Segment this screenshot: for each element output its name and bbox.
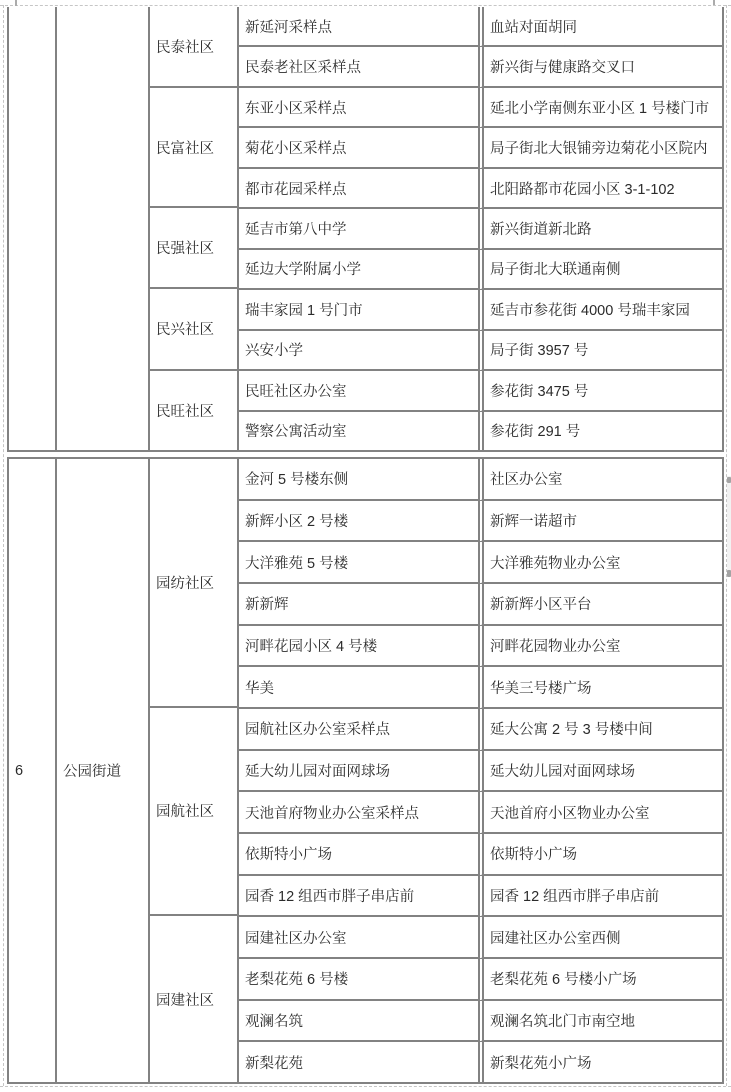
column-sampling-point: 新延河采样点 民泰老社区采样点 东亚小区采样点 菊花小区采样点 都市花园采样点 … (239, 7, 478, 450)
scrollbar-thumb[interactable] (727, 477, 731, 483)
address-cell: 延吉市参花街 4000 号瑞丰家园 (478, 290, 722, 330)
point-cell: 瑞丰家园 1 号门市 (239, 290, 478, 330)
scrollbar-thumb[interactable] (727, 570, 731, 577)
address-cell: 延北小学南侧东亚小区 1 号楼门市 (478, 88, 722, 128)
point-cell: 园建社区办公室 (239, 917, 478, 959)
point-cell: 大洋雅苑 5 号楼 (239, 542, 478, 584)
point-cell: 依斯特小广场 (239, 834, 478, 876)
column-number: 6 (9, 459, 57, 1082)
page-boundary-top (0, 5, 731, 6)
top-border-stub-left (15, 0, 17, 6)
address-cell: 参花街 3475 号 (478, 371, 722, 411)
table-section-6: 6 公园街道 园纺社区 园航社区 园建社区 金河 5 号楼东侧 新辉小区 2 号… (7, 457, 724, 1084)
point-cell: 新辉小区 2 号楼 (239, 501, 478, 543)
point-cell: 都市花园采样点 (239, 169, 478, 209)
address-cell: 新梨花苑小广场 (478, 1042, 722, 1082)
column-street: 公园街道 (57, 459, 150, 1082)
address-cell: 参花街 291 号 (478, 412, 722, 450)
column-number (9, 7, 57, 450)
point-cell: 金河 5 号楼东侧 (239, 459, 478, 501)
point-cell: 老梨花苑 6 号楼 (239, 959, 478, 1001)
point-cell: 延吉市第八中学 (239, 209, 478, 249)
address-cell: 新新辉小区平台 (478, 584, 722, 626)
point-cell: 兴安小学 (239, 331, 478, 371)
address-cell: 依斯特小广场 (478, 834, 722, 876)
community-cell: 园纺社区 (150, 459, 239, 708)
community-cell: 民兴社区 (150, 289, 239, 370)
street-cell: 公园街道 (57, 459, 150, 1082)
point-cell: 菊花小区采样点 (239, 128, 478, 168)
address-cell: 血站对面胡同 (478, 7, 722, 47)
point-cell: 园航社区办公室采样点 (239, 709, 478, 751)
address-cell: 新兴街道新北路 (478, 209, 722, 249)
point-cell: 观澜名筑 (239, 1001, 478, 1043)
address-cell: 华美三号楼广场 (478, 667, 722, 709)
point-cell: 园香 12 组西市胖子串店前 (239, 876, 478, 918)
address-cell: 新辉一诺超市 (478, 501, 722, 543)
address-cell: 老梨花苑 6 号楼小广场 (478, 959, 722, 1001)
address-cell: 新兴街与健康路交叉口 (478, 47, 722, 87)
point-cell: 新梨花苑 (239, 1042, 478, 1082)
community-cell: 民强社区 (150, 208, 239, 289)
page-boundary-left (3, 5, 4, 1086)
page-root: { "page": { "background": "#ffffff", "ta… (0, 0, 731, 1092)
address-cell: 园建社区办公室西侧 (478, 917, 722, 959)
address-cell: 延大幼儿园对面网球场 (478, 751, 722, 793)
address-cell: 延大公寓 2 号 3 号楼中间 (478, 709, 722, 751)
point-cell: 华美 (239, 667, 478, 709)
point-cell: 新新辉 (239, 584, 478, 626)
scrollbar-track[interactable] (727, 476, 731, 577)
table-section-continued: 民泰社区 民富社区 民强社区 民兴社区 民旺社区 新延河采样点 民泰老社区采样点… (7, 7, 724, 452)
address-cell: 局子街北大银铺旁边菊花小区院内 (478, 128, 722, 168)
address-cell: 园香 12 组西市胖子串店前 (478, 876, 722, 918)
address-cell: 社区办公室 (478, 459, 722, 501)
address-cell: 河畔花园物业办公室 (478, 626, 722, 668)
community-cell: 园航社区 (150, 708, 239, 916)
column-sampling-point: 金河 5 号楼东侧 新辉小区 2 号楼 大洋雅苑 5 号楼 新新辉 河畔花园小区… (239, 459, 478, 1082)
address-cell: 局子街 3957 号 (478, 331, 722, 371)
point-cell: 警察公寓活动室 (239, 412, 478, 450)
column-address: 血站对面胡同 新兴街与健康路交叉口 延北小学南侧东亚小区 1 号楼门市 局子街北… (478, 7, 722, 450)
point-cell: 延大幼儿园对面网球场 (239, 751, 478, 793)
point-cell: 天池首府物业办公室采样点 (239, 792, 478, 834)
column-street (57, 7, 150, 450)
community-cell: 民旺社区 (150, 371, 239, 450)
address-cell: 天池首府小区物业办公室 (478, 792, 722, 834)
point-cell: 民旺社区办公室 (239, 371, 478, 411)
community-cell: 民泰社区 (150, 7, 239, 88)
address-cell: 大洋雅苑物业办公室 (478, 542, 722, 584)
number-cell: 6 (9, 459, 57, 1082)
number-cell (9, 7, 57, 450)
address-cell: 观澜名筑北门市南空地 (478, 1001, 722, 1043)
point-cell: 新延河采样点 (239, 7, 478, 47)
page-boundary-bottom (0, 1086, 731, 1087)
community-cell: 民富社区 (150, 88, 239, 207)
address-cell: 北阳路都市花园小区 3-1-102 (478, 169, 722, 209)
point-cell: 延边大学附属小学 (239, 250, 478, 290)
point-cell: 民泰老社区采样点 (239, 47, 478, 87)
address-cell: 局子街北大联通南侧 (478, 250, 722, 290)
point-cell: 东亚小区采样点 (239, 88, 478, 128)
point-cell: 河畔花园小区 4 号楼 (239, 626, 478, 668)
street-cell (57, 7, 150, 450)
column-community: 民泰社区 民富社区 民强社区 民兴社区 民旺社区 (150, 7, 239, 450)
column-address: 社区办公室 新辉一诺超市 大洋雅苑物业办公室 新新辉小区平台 河畔花园物业办公室… (478, 459, 722, 1082)
column-community: 园纺社区 园航社区 园建社区 (150, 459, 239, 1082)
top-border-stub-right (713, 0, 715, 5)
sampling-points-table: 民泰社区 民富社区 民强社区 民兴社区 民旺社区 新延河采样点 民泰老社区采样点… (7, 7, 724, 1084)
community-cell: 园建社区 (150, 916, 239, 1082)
